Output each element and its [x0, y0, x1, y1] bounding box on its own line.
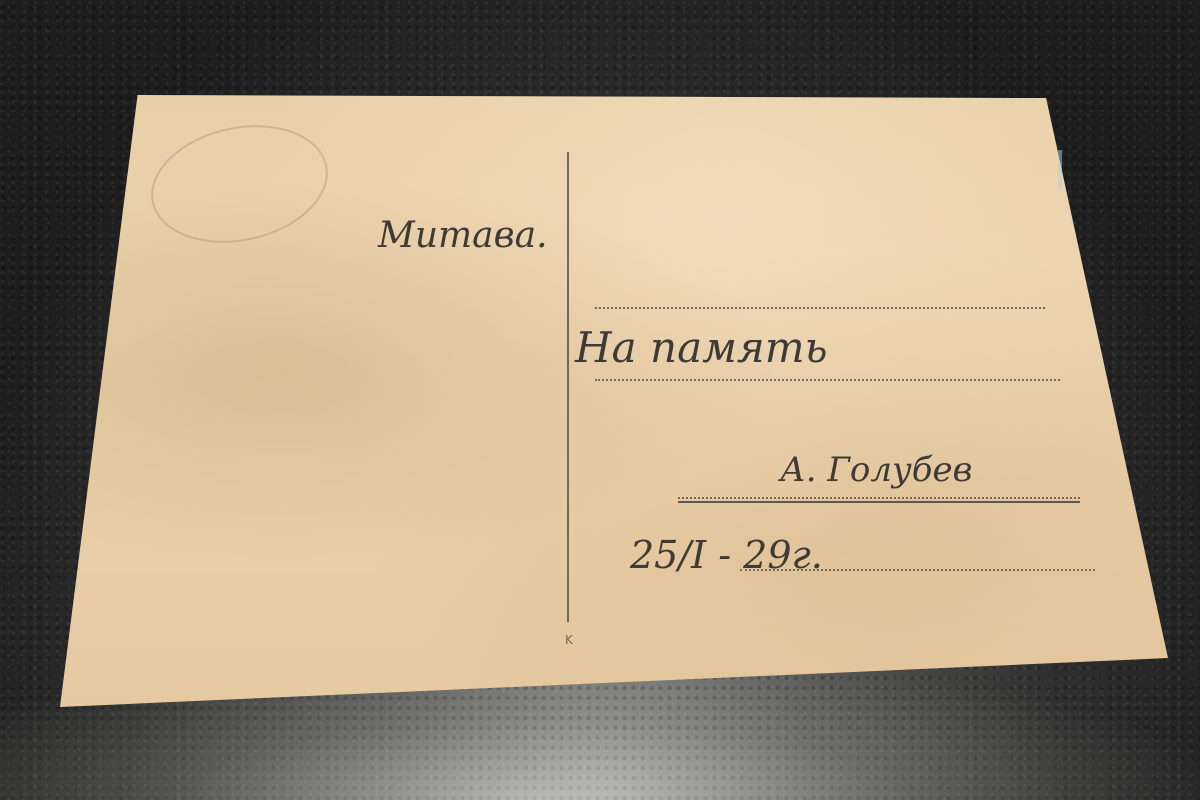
- address-line-2: [595, 379, 1060, 381]
- postcard-divider-line: [567, 152, 569, 622]
- faded-stamp: [140, 110, 339, 259]
- address-line-4: [740, 569, 1095, 571]
- postcard-content: K Митава. На память А. Голубев 25/I - 29…: [60, 95, 1168, 707]
- address-line-1: [595, 307, 1045, 309]
- message-handwriting: На память: [575, 323, 827, 372]
- address-line-3: [678, 497, 1080, 499]
- signature-handwriting: А. Голубев: [780, 450, 972, 490]
- card-edge-glint: [1058, 150, 1062, 190]
- printed-mark: K: [565, 633, 573, 647]
- address-handwriting: Митава.: [378, 215, 548, 256]
